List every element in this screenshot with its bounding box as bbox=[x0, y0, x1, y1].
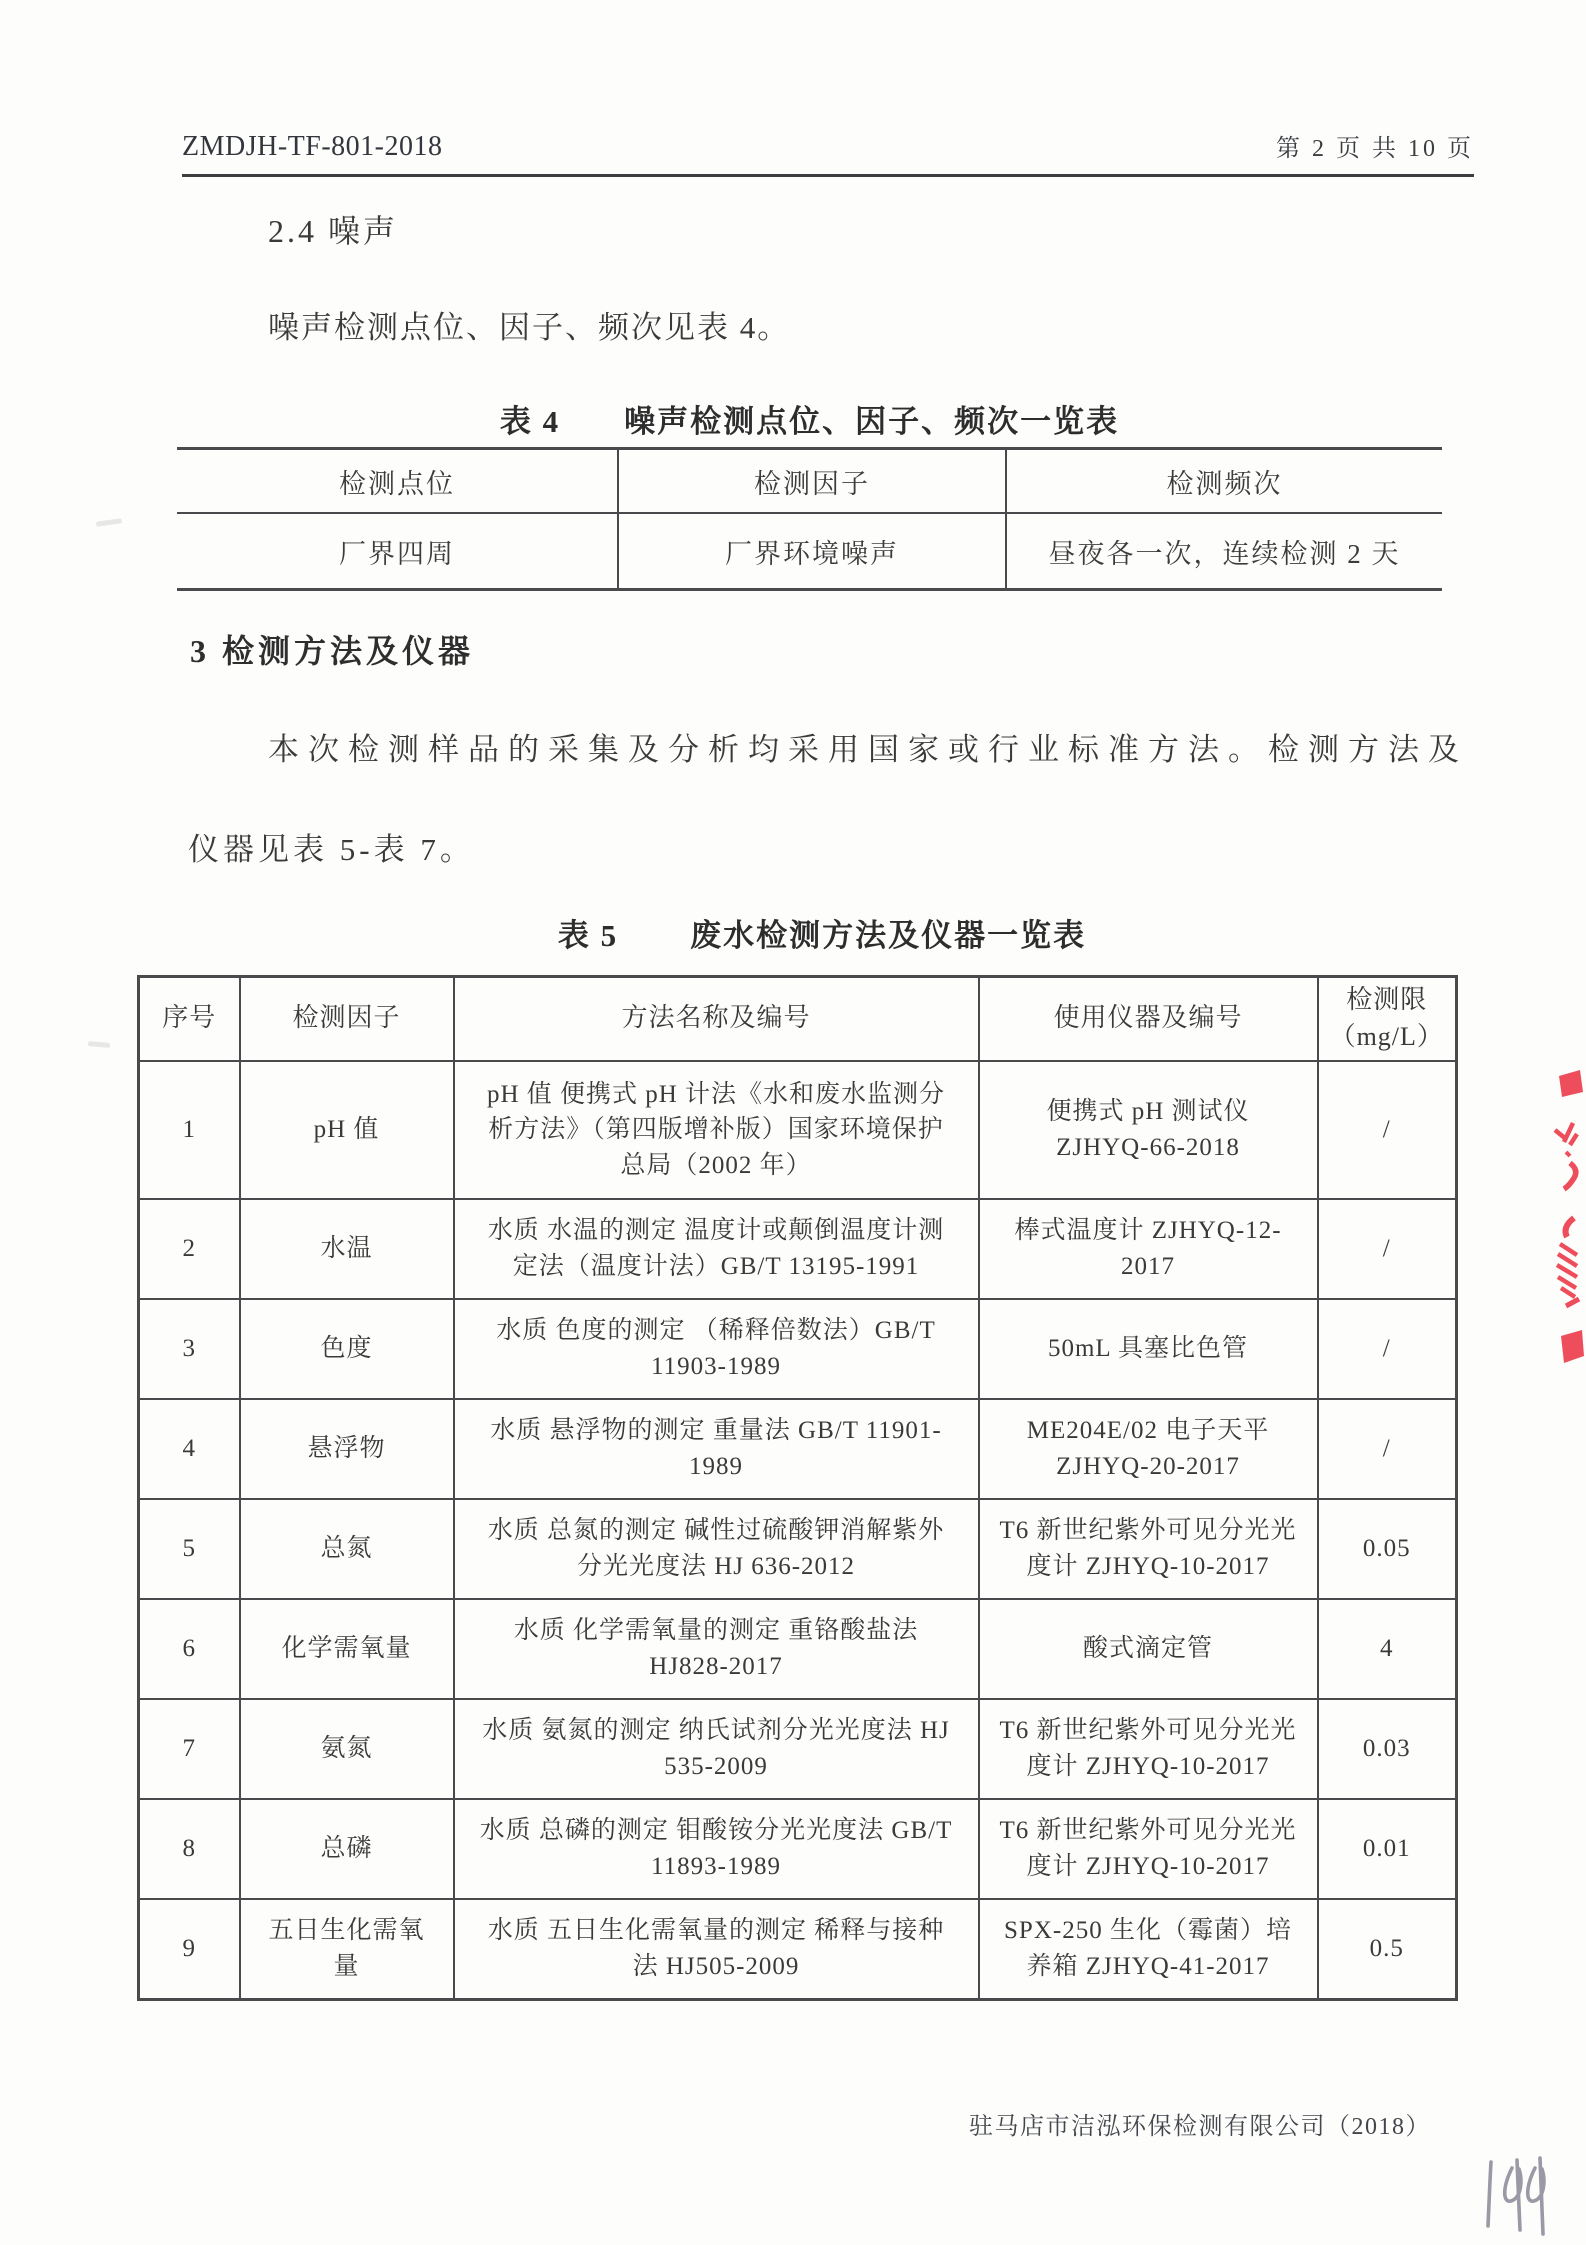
table4-caption: 表 4 噪声检测点位、因子、频次一览表 bbox=[177, 396, 1442, 441]
cell-no: 3 bbox=[139, 1299, 240, 1399]
table5-row: 4 悬浮物 水质 悬浮物的测定 重量法 GB/T 11901-1989 ME20… bbox=[139, 1399, 1457, 1499]
cell-factor: pH 值 bbox=[240, 1061, 454, 1199]
cell-limit: 0.01 bbox=[1318, 1799, 1457, 1899]
cell-instrument: SPX-250 生化（霉菌）培养箱 ZJHYQ-41-2017 bbox=[979, 1899, 1318, 2000]
cell-no: 9 bbox=[139, 1899, 240, 2000]
cell-factor: 色度 bbox=[240, 1299, 454, 1399]
table5-row: 9 五日生化需氧量 水质 五日生化需氧量的测定 稀释与接种法 HJ505-200… bbox=[139, 1899, 1457, 2000]
cell-factor: 化学需氧量 bbox=[240, 1599, 454, 1699]
cell-factor: 水温 bbox=[240, 1199, 454, 1299]
red-stamp-fragment bbox=[1543, 1068, 1586, 1368]
cell-method: 水质 氨氮的测定 纳氏试剂分光光度法 HJ 535-2009 bbox=[454, 1699, 979, 1799]
table5-header-limit-line1: 检测限 bbox=[1325, 982, 1450, 1019]
page-indicator: 第 2 页 共 10 页 bbox=[1276, 128, 1474, 163]
cell-instrument: T6 新世纪紫外可见分光光度计 ZJHYQ-10-2017 bbox=[979, 1699, 1318, 1799]
table4: 检测点位 检测因子 检测频次 厂界四周 厂界环境噪声 昼夜各一次，连续检测 2 … bbox=[177, 447, 1442, 591]
cell-no: 4 bbox=[139, 1399, 240, 1499]
section-3-heading: 3 检测方法及仪器 bbox=[190, 626, 474, 672]
table4-title: 噪声检测点位、因子、频次一览表 bbox=[624, 396, 1119, 441]
cell-instrument: ME204E/02 电子天平 ZJHYQ-20-2017 bbox=[979, 1399, 1318, 1499]
document-page: ZMDJH-TF-801-2018 第 2 页 共 10 页 2.4 噪声 噪声… bbox=[0, 0, 1586, 2245]
cell-limit: 0.05 bbox=[1318, 1499, 1457, 1599]
table4-cell-frequency: 昼夜各一次，连续检测 2 天 bbox=[1007, 514, 1442, 588]
noise-intro-text: 噪声检测点位、因子、频次见表 4。 bbox=[268, 302, 790, 347]
table5-row: 2 水温 水质 水温的测定 温度计或颠倒温度计测定法（温度计法）GB/T 131… bbox=[139, 1199, 1457, 1299]
table5-row: 6 化学需氧量 水质 化学需氧量的测定 重铬酸盐法 HJ828-2017 酸式滴… bbox=[139, 1599, 1457, 1699]
handwritten-page-number bbox=[1478, 2148, 1556, 2240]
table5: 序号 检测因子 方法名称及编号 使用仪器及编号 检测限 （mg/L） 1 pH … bbox=[137, 975, 1458, 2001]
document-number: ZMDJH-TF-801-2018 bbox=[182, 131, 443, 163]
table5-row: 3 色度 水质 色度的测定 （稀释倍数法）GB/T 11903-1989 50m… bbox=[139, 1299, 1457, 1399]
cell-method: 水质 五日生化需氧量的测定 稀释与接种法 HJ505-2009 bbox=[454, 1899, 979, 2000]
methods-paragraph-line1: 本次检测样品的采集及分析均采用国家或行业标准方法。检测方法及 bbox=[268, 724, 1468, 769]
cell-limit: 4 bbox=[1318, 1599, 1457, 1699]
table5-header-no: 序号 bbox=[139, 977, 240, 1061]
table5-row: 1 pH 值 pH 值 便携式 pH 计法《水和废水监测分析方法》（第四版增补版… bbox=[139, 1061, 1457, 1199]
table5-header-row: 序号 检测因子 方法名称及编号 使用仪器及编号 检测限 （mg/L） bbox=[139, 977, 1457, 1061]
table5-row: 8 总磷 水质 总磷的测定 钼酸铵分光光度法 GB/T 11893-1989 T… bbox=[139, 1799, 1457, 1899]
cell-method: 水质 总氮的测定 碱性过硫酸钾消解紫外分光光度法 HJ 636-2012 bbox=[454, 1499, 979, 1599]
cell-instrument: T6 新世纪紫外可见分光光度计 ZJHYQ-10-2017 bbox=[979, 1799, 1318, 1899]
cell-method: 水质 水温的测定 温度计或颠倒温度计测定法（温度计法）GB/T 13195-19… bbox=[454, 1199, 979, 1299]
table4-cell-factor: 厂界环境噪声 bbox=[619, 514, 1007, 588]
cell-factor: 五日生化需氧量 bbox=[240, 1899, 454, 2000]
cell-method: pH 值 便携式 pH 计法《水和废水监测分析方法》（第四版增补版）国家环境保护… bbox=[454, 1061, 979, 1199]
cell-factor: 总磷 bbox=[240, 1799, 454, 1899]
cell-factor: 总氮 bbox=[240, 1499, 454, 1599]
cell-limit: 0.03 bbox=[1318, 1699, 1457, 1799]
table4-data-row: 厂界四周 厂界环境噪声 昼夜各一次，连续检测 2 天 bbox=[177, 514, 1442, 588]
cell-method: 水质 化学需氧量的测定 重铬酸盐法 HJ828-2017 bbox=[454, 1599, 979, 1699]
cell-limit: / bbox=[1318, 1199, 1457, 1299]
table4-header-factor: 检测因子 bbox=[619, 450, 1007, 512]
table5-label: 表 5 bbox=[558, 910, 618, 955]
footer-company: 驻马店市洁泓环保检测有限公司（2018） bbox=[969, 2106, 1431, 2141]
cell-limit: / bbox=[1318, 1399, 1457, 1499]
table5-row: 5 总氮 水质 总氮的测定 碱性过硫酸钾消解紫外分光光度法 HJ 636-201… bbox=[139, 1499, 1457, 1599]
cell-no: 1 bbox=[139, 1061, 240, 1199]
table5-header-factor: 检测因子 bbox=[240, 977, 454, 1061]
table4-cell-point: 厂界四周 bbox=[177, 514, 619, 588]
section-2-4-heading: 2.4 噪声 bbox=[268, 206, 398, 252]
table5-header-instrument: 使用仪器及编号 bbox=[979, 977, 1318, 1061]
cell-no: 8 bbox=[139, 1799, 240, 1899]
cell-method: 水质 悬浮物的测定 重量法 GB/T 11901-1989 bbox=[454, 1399, 979, 1499]
cell-method: 水质 色度的测定 （稀释倍数法）GB/T 11903-1989 bbox=[454, 1299, 979, 1399]
cell-instrument: 棒式温度计 ZJHYQ-12-2017 bbox=[979, 1199, 1318, 1299]
cell-factor: 悬浮物 bbox=[240, 1399, 454, 1499]
cell-limit: 0.5 bbox=[1318, 1899, 1457, 2000]
cell-no: 2 bbox=[139, 1199, 240, 1299]
cell-instrument: T6 新世纪紫外可见分光光度计 ZJHYQ-10-2017 bbox=[979, 1499, 1318, 1599]
table5-header-limit-line2: （mg/L） bbox=[1325, 1019, 1450, 1056]
table4-header-frequency: 检测频次 bbox=[1007, 450, 1442, 512]
cell-limit: / bbox=[1318, 1299, 1457, 1399]
table4-label: 表 4 bbox=[500, 396, 560, 441]
cell-no: 7 bbox=[139, 1699, 240, 1799]
cell-instrument: 便携式 pH 测试仪 ZJHYQ-66-2018 bbox=[979, 1061, 1318, 1199]
page-header: ZMDJH-TF-801-2018 第 2 页 共 10 页 bbox=[182, 128, 1474, 177]
methods-paragraph-line2: 仪器见表 5-表 7。 bbox=[188, 824, 475, 869]
table5-caption: 表 5 废水检测方法及仪器一览表 bbox=[163, 910, 1481, 955]
table5-header-method: 方法名称及编号 bbox=[454, 977, 979, 1061]
cell-instrument: 50mL 具塞比色管 bbox=[979, 1299, 1318, 1399]
table4-header-point: 检测点位 bbox=[177, 450, 619, 512]
cell-no: 6 bbox=[139, 1599, 240, 1699]
cell-instrument: 酸式滴定管 bbox=[979, 1599, 1318, 1699]
cell-limit: / bbox=[1318, 1061, 1457, 1199]
cell-method: 水质 总磷的测定 钼酸铵分光光度法 GB/T 11893-1989 bbox=[454, 1799, 979, 1899]
cell-factor: 氨氮 bbox=[240, 1699, 454, 1799]
table5-header-limit: 检测限 （mg/L） bbox=[1318, 977, 1457, 1061]
table5-title: 废水检测方法及仪器一览表 bbox=[690, 910, 1086, 955]
table4-header-row: 检测点位 检测因子 检测频次 bbox=[177, 450, 1442, 514]
scan-artifact bbox=[96, 518, 122, 527]
scan-artifact bbox=[88, 1041, 110, 1048]
cell-no: 5 bbox=[139, 1499, 240, 1599]
table5-row: 7 氨氮 水质 氨氮的测定 纳氏试剂分光光度法 HJ 535-2009 T6 新… bbox=[139, 1699, 1457, 1799]
